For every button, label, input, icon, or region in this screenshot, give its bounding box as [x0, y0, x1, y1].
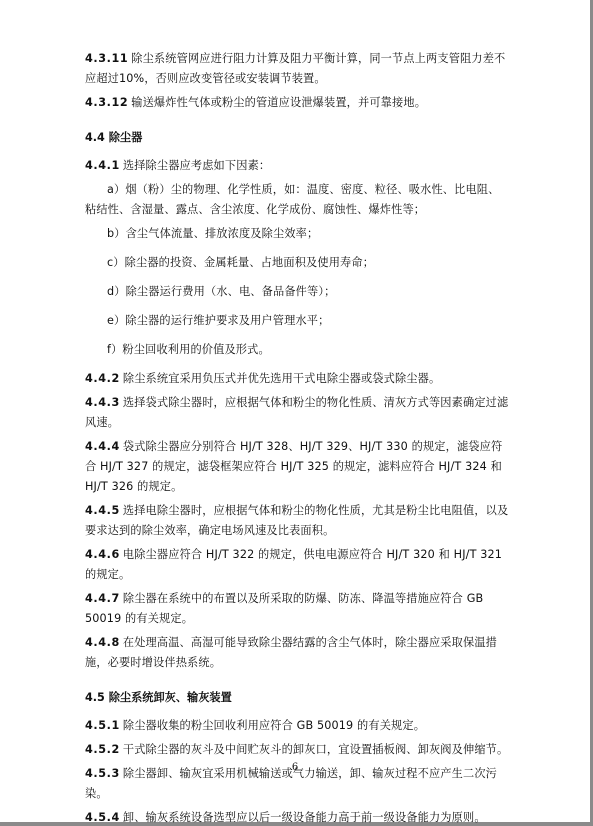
clause-4-4-5: 4.4.5选择电除尘器时，应根据气体和粉尘的物化性质，尤其是粉尘比电阻值，以及要…	[85, 501, 510, 541]
clause-text: 除尘器在系统中的布置以及所采取的防爆、防冻、降温等措施应符合 GB 50019 …	[85, 592, 483, 625]
clause-4-5-4: 4.5.4卸、输灰系统设备选型应以后一级设备能力高于前一级设备能力为原则。	[85, 808, 510, 826]
list-item-d: d）除尘器运行费用（水、电、备品备件等）；	[85, 282, 510, 302]
clause-text: 袋式除尘器应分别符合 HJ/T 328、HJ/T 329、HJ/T 330 的规…	[85, 440, 502, 493]
list-item-a: a）烟（粉）尘的物理、化学性质，如：温度、密度、粒径、吸水性、比电阻、粘结性、含…	[85, 180, 510, 220]
clause-text: 卸、输灰系统设备选型应以后一级设备能力高于前一级设备能力为原则。	[123, 811, 486, 824]
clause-number: 4.4.7	[85, 592, 120, 605]
list-item-c: c）除尘器的投资、金属耗量、占地面积及使用寿命；	[85, 253, 510, 273]
clause-text: 选择袋式除尘器时，应根据气体和粉尘的物化性质、清灰方式等因素确定过滤风速。	[85, 396, 508, 429]
document-page: 4.3.11除尘系统管网应进行阻力计算及阻力平衡计算，同一节点上两支管阻力差不应…	[0, 0, 593, 826]
clause-text: 在处理高温、高湿可能导致除尘器结露的含尘气体时，除尘器应采取保温措施，必要时增设…	[85, 636, 497, 669]
list-item-b: b）含尘气体流量、排放浓度及除尘效率；	[85, 224, 510, 244]
clause-4-4-8: 4.4.8在处理高温、高湿可能导致除尘器结露的含尘气体时，除尘器应采取保温措施，…	[85, 633, 510, 673]
clause-text: 输送爆炸性气体或粉尘的管道应设泄爆装置，并可靠接地。	[131, 96, 426, 109]
clause-number: 4.4.1	[85, 159, 120, 172]
clause-text: 除尘系统管网应进行阻力计算及阻力平衡计算，同一节点上两支管阻力差不应超过10%，…	[85, 52, 505, 85]
clause-4-4-1: 4.4.1选择除尘器应考虑如下因素：	[85, 156, 510, 176]
clause-4-4-7: 4.4.7除尘器在系统中的布置以及所采取的防爆、防冻、降温等措施应符合 GB 5…	[85, 589, 510, 629]
clause-4-4-4: 4.4.4袋式除尘器应分别符合 HJ/T 328、HJ/T 329、HJ/T 3…	[85, 437, 510, 497]
clause-number: 4.3.12	[85, 96, 128, 109]
page-content: 4.3.11除尘系统管网应进行阻力计算及阻力平衡计算，同一节点上两支管阻力差不应…	[85, 49, 510, 826]
clause-text: 除尘器收集的粉尘回收利用应符合 GB 50019 的有关规定。	[123, 719, 425, 732]
clause-number: 4.4.3	[85, 396, 120, 409]
clause-number: 4.4.5	[85, 504, 120, 517]
clause-4-4-6: 4.4.6电除尘器应符合 HJ/T 322 的规定，供电电源应符合 HJ/T 3…	[85, 545, 510, 585]
clause-number: 4.4.4	[85, 440, 120, 453]
clause-text: 选择除尘器应考虑如下因素：	[123, 159, 270, 172]
clause-4-5-1: 4.5.1除尘器收集的粉尘回收利用应符合 GB 50019 的有关规定。	[85, 716, 510, 736]
clause-number: 4.5.4	[85, 811, 120, 824]
clause-4-4-3: 4.4.3选择袋式除尘器时，应根据气体和粉尘的物化性质、清灰方式等因素确定过滤风…	[85, 393, 510, 433]
clause-4-5-2: 4.5.2干式除尘器的灰斗及中间贮灰斗的卸灰口，宜设置插板阀、卸灰阀及伸缩节。	[85, 740, 510, 760]
clause-text: 电除尘器应符合 HJ/T 322 的规定，供电电源应符合 HJ/T 320 和 …	[85, 548, 502, 581]
clause-4-4-2: 4.4.2除尘系统宜采用负压式并优先选用干式电除尘器或袋式除尘器。	[85, 369, 510, 389]
clause-4-3-12: 4.3.12输送爆炸性气体或粉尘的管道应设泄爆装置，并可靠接地。	[85, 93, 510, 113]
clause-number: 4.5.2	[85, 743, 120, 756]
list-item-f: f）粉尘回收利用的价值及形式。	[85, 340, 510, 360]
clause-number: 4.4.2	[85, 372, 120, 385]
list-item-e: e）除尘器的运行维护要求及用户管理水平；	[85, 311, 510, 331]
section-title: 除尘系统卸灰、输灰装置	[109, 691, 232, 704]
clause-number: 4.4.6	[85, 548, 120, 561]
section-heading-4-4: 4.4 除尘器	[85, 128, 510, 148]
clause-text: 选择电除尘器时，应根据气体和粉尘的物化性质，尤其是粉尘比电阻值，以及要求达到的除…	[85, 504, 508, 537]
page-number: 6	[0, 762, 590, 773]
clause-text: 除尘系统宜采用负压式并优先选用干式电除尘器或袋式除尘器。	[123, 372, 440, 385]
section-title: 除尘器	[109, 131, 143, 144]
clause-number: 4.4.8	[85, 636, 120, 649]
clause-number: 4.3.11	[85, 52, 128, 65]
section-heading-4-5: 4.5 除尘系统卸灰、输灰装置	[85, 688, 510, 708]
clause-4-3-11: 4.3.11除尘系统管网应进行阻力计算及阻力平衡计算，同一节点上两支管阻力差不应…	[85, 49, 510, 89]
clause-number: 4.5.1	[85, 719, 120, 732]
section-number: 4.4	[85, 131, 105, 144]
clause-text: 干式除尘器的灰斗及中间贮灰斗的卸灰口，宜设置插板阀、卸灰阀及伸缩节。	[123, 743, 508, 756]
section-number: 4.5	[85, 691, 105, 704]
